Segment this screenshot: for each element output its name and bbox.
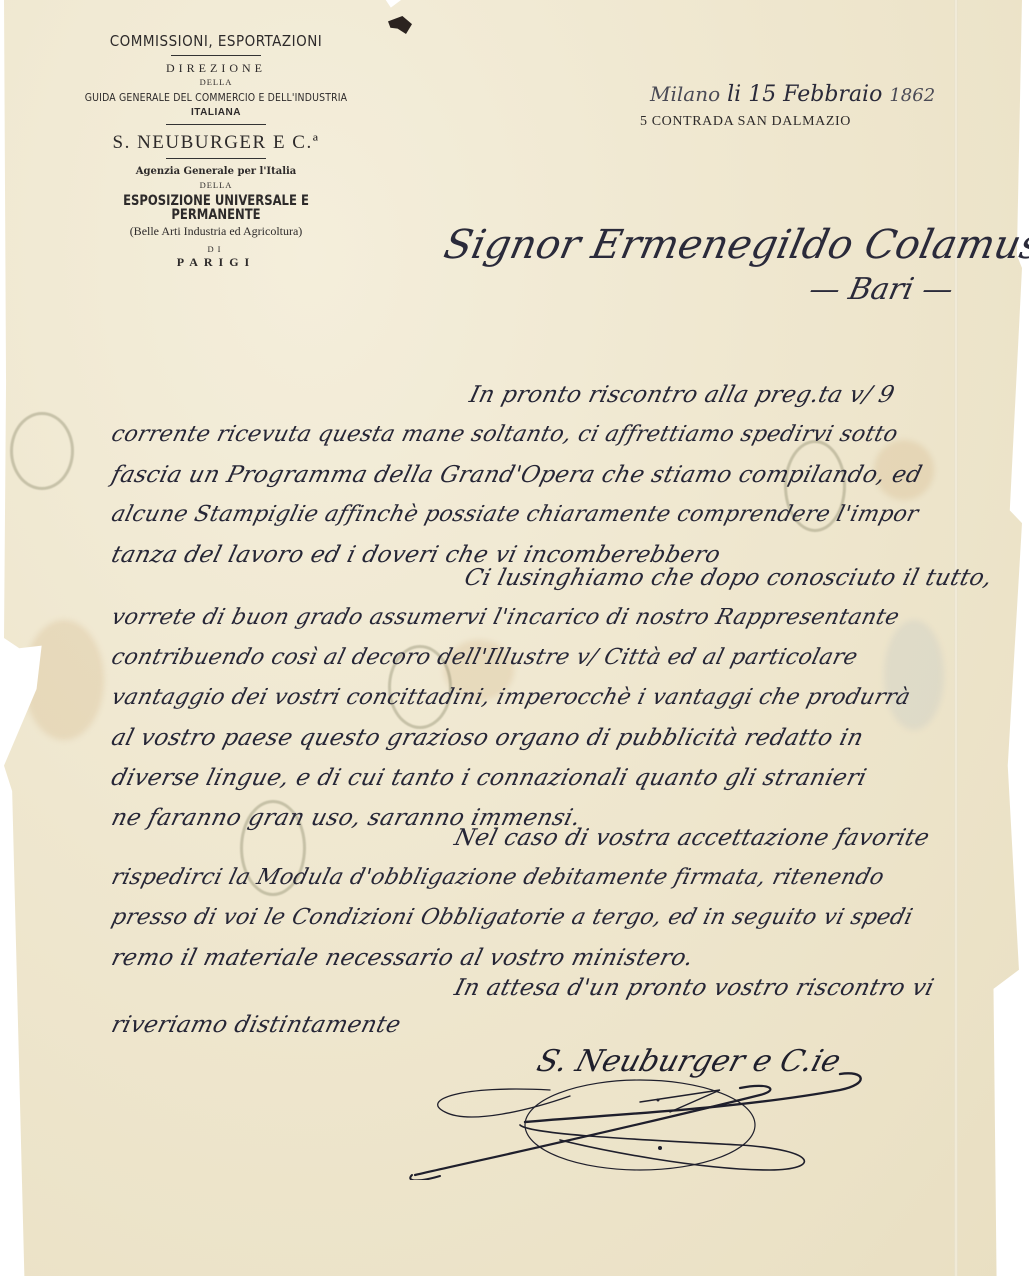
body-line: remo il materiale necessario al vostro m…: [109, 945, 696, 971]
recipient-name: Signor Ermenegildo Colamussi: [440, 222, 1029, 268]
divider: [166, 158, 266, 159]
year-printed: 186: [889, 85, 923, 106]
letterhead-line: (Belle Arti Industria ed Agricoltura): [55, 225, 377, 237]
letterhead-line: ITALIANA: [55, 108, 377, 118]
date-line: Milano li 15 Febbraio 1862: [650, 82, 935, 107]
body-line: fascia un Programma della Grand'Opera ch…: [109, 462, 925, 488]
body-line: vorrete di buon grado assumervi l'incari…: [109, 605, 902, 630]
body-line: corrente ricevuta questa mane soltanto, …: [109, 422, 901, 447]
body-line: diverse lingue, e di cui tanto i connazi…: [109, 765, 870, 791]
place-name: Milano: [650, 82, 720, 106]
fold-crease: [954, 0, 958, 1276]
letterhead-line: COMMISSIONI, ESPORTAZIONI: [55, 34, 377, 49]
letterhead-line: PARIGI: [55, 256, 377, 268]
recipient-city: — Bari —: [806, 272, 956, 307]
body-line: riveriamo distintamente: [109, 1012, 404, 1038]
street-address: 5 CONTRADA SAN DALMAZIO: [640, 114, 851, 130]
year-handwritten: 2: [924, 85, 935, 106]
body-line: contribuendo così al decoro dell'Illustr…: [109, 645, 860, 670]
body-line: In pronto riscontro alla preg.ta v/ 9: [467, 382, 897, 408]
body-line: Nel caso di vostra accettazione favorite: [452, 825, 932, 851]
body-line: alcune Stampiglie affinchè possiate chia…: [109, 502, 921, 527]
body-line: rispedirci la Modula d'obbligazione debi…: [109, 865, 887, 890]
signature-text: S. Neuburger e C.ie: [533, 1044, 845, 1079]
handwritten-date: li 15 Febbraio: [727, 82, 882, 107]
letterhead-line: Agenzia Generale per l'Italia: [55, 167, 377, 177]
body-line: vantaggio dei vostri concittadini, imper…: [109, 685, 913, 710]
signature: S. Neuburger e C.ie: [400, 1030, 870, 1180]
letterhead-line: DI: [55, 245, 377, 254]
divider: [166, 124, 266, 125]
letterhead-line: DELLA: [55, 78, 377, 87]
letterhead-line: DELLA: [55, 181, 377, 190]
body-line: In attesa d'un pronto vostro riscontro v…: [452, 975, 937, 1001]
postmark-stamp: [10, 412, 74, 490]
body-line: Ci lusinghiamo che dopo conosciuto il tu…: [462, 565, 995, 591]
letterhead: COMMISSIONI, ESPORTAZIONI DIREZIONE DELL…: [55, 34, 377, 268]
body-line: presso di voi le Condizioni Obbligatorie…: [109, 905, 915, 930]
letterhead-line: GUIDA GENERALE DEL COMMERCIO E DELL'INDU…: [79, 92, 353, 103]
letterhead-line: ESPOSIZIONE UNIVERSALE E PERMANENTE: [82, 194, 349, 222]
body-line: al vostro paese questo grazioso organo d…: [109, 725, 866, 751]
foxing-stain: [884, 620, 944, 730]
company-name: S. NEUBURGER E C.ª: [55, 133, 377, 152]
letterhead-line: DIREZIONE: [55, 62, 377, 74]
foxing-stain: [24, 620, 104, 740]
divider: [171, 55, 261, 56]
